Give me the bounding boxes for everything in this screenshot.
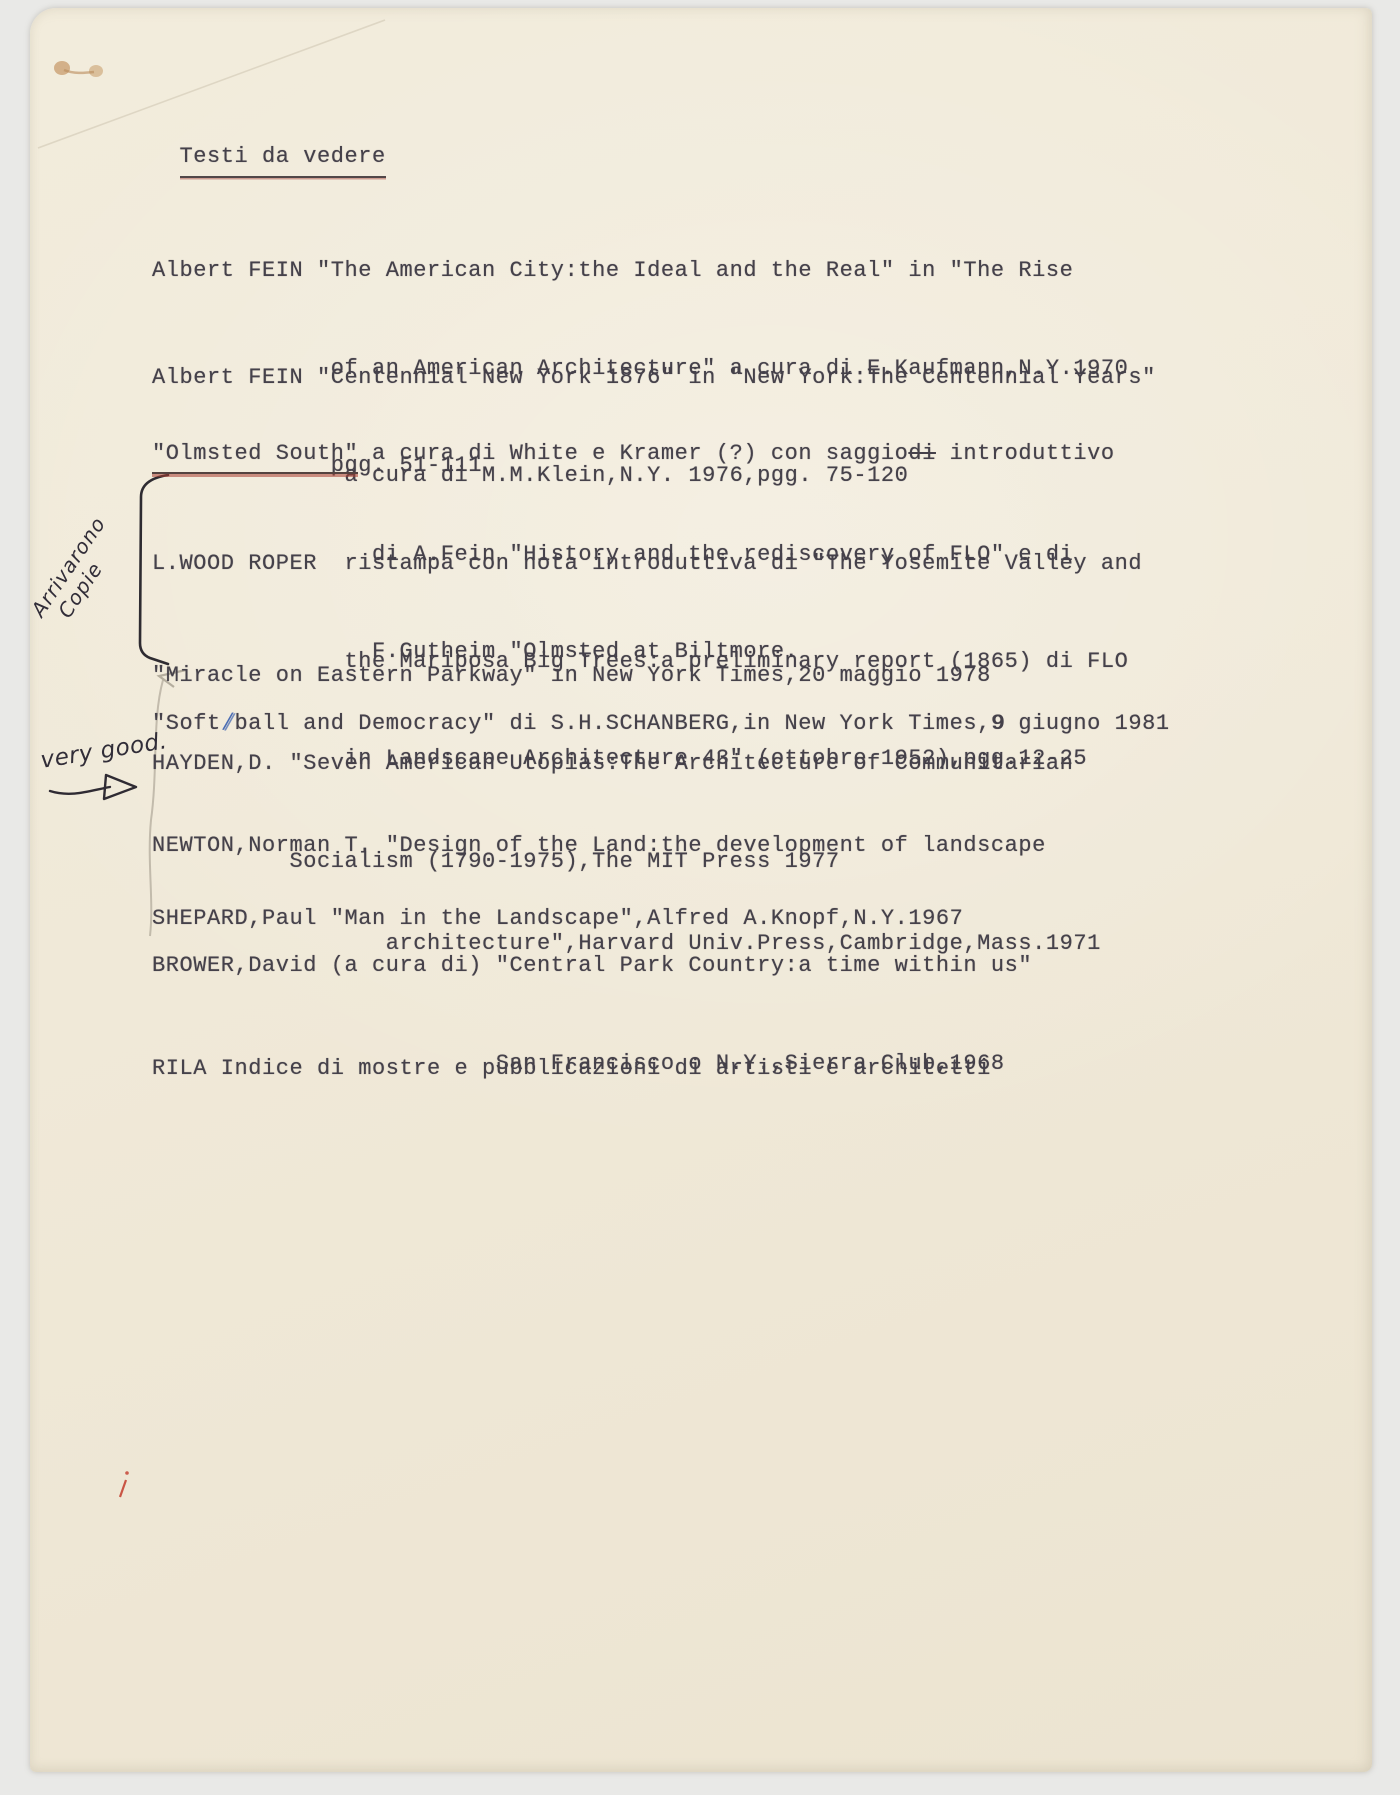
underlined-title: "Olmsted South" — [152, 438, 358, 474]
page-title-text: Testi da vedere — [180, 141, 386, 179]
scanned-document-page: { "colors": { "paper": "#f0e9d8", "backg… — [0, 0, 1400, 1795]
line-text: a cura di White e Kramer (?) con saggio — [358, 441, 908, 466]
struck-word: di — [908, 441, 936, 466]
bibliography-line: Albert FEIN "The American City:the Ideal… — [152, 255, 1128, 288]
bibliography-line: BROWER,David (a cura di) "Central Park C… — [152, 950, 1032, 983]
bibliography-line: "Olmsted South" a cura di White e Kramer… — [152, 438, 1115, 474]
line-text: introduttivo — [936, 441, 1115, 466]
page-title: Testi da vedere — [152, 108, 386, 178]
bibliography-line: L.WOOD ROPER ristampa con nota introdutt… — [152, 548, 1142, 581]
bibliography-line: RILA Indice di mostre e pubblicazioni di… — [152, 1053, 991, 1086]
bibliography-entry-rila: RILA Indice di mostre e pubblicazioni di… — [152, 988, 991, 1118]
